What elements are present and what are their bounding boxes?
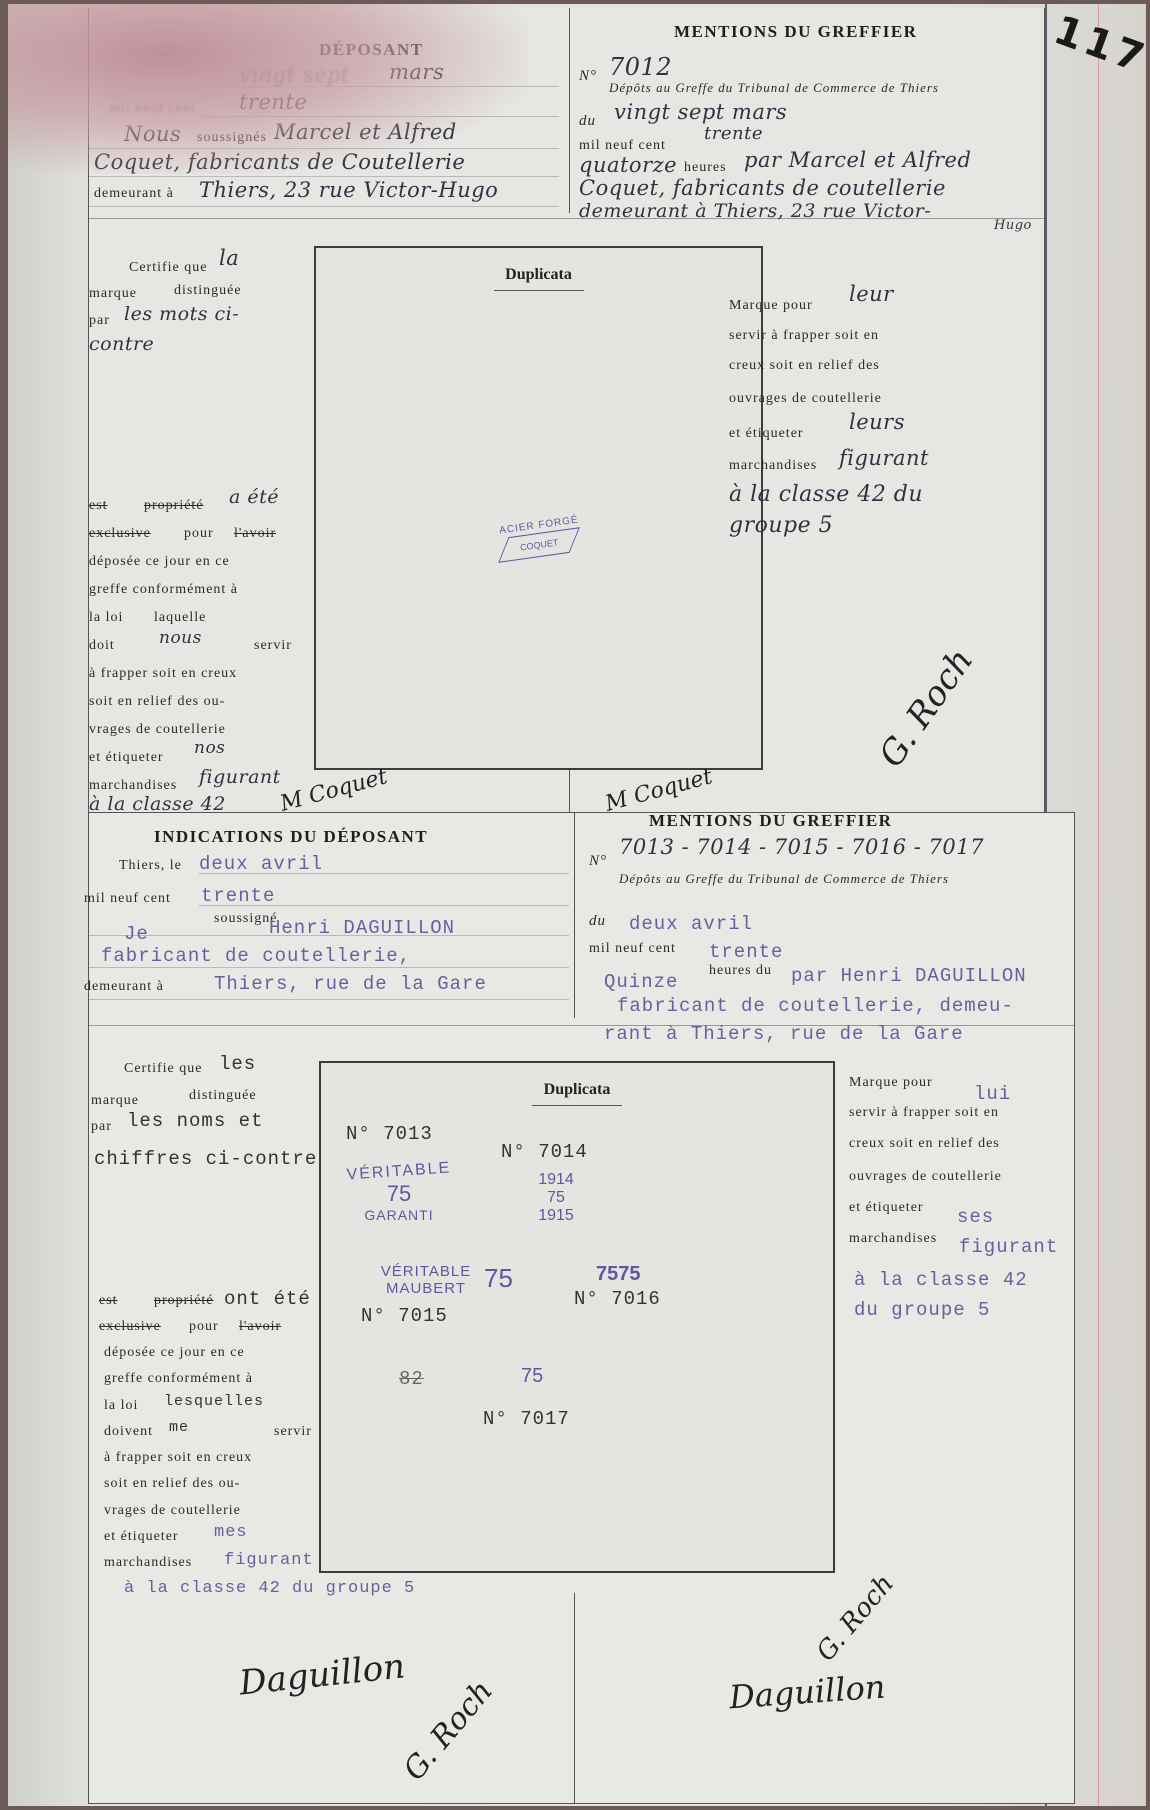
clause-line4: greffe conformément à [89,582,238,598]
marque-pour-line7: à la classe 42 du [729,482,923,507]
place-label: Thiers, le [119,858,182,874]
date-value: deux avril [199,853,323,875]
clause-line6-label: doit [89,638,115,654]
clause-est-struck: est [89,498,108,514]
clause-line6-value: nous [159,628,202,648]
clause-avoir-struck: l'avoir [234,526,276,542]
clause-line5-label: la loi [104,1398,138,1414]
clerk-no-label: N° [579,68,597,85]
clause-line5-value: laquelle [154,610,206,626]
clerk-year-value: trente [704,123,763,144]
clerk-header: MENTIONS DU GREFFIER [649,811,892,831]
ruled-line [89,148,559,149]
certifie-value: les [219,1053,256,1075]
mark-7014-line1: 1914 [511,1171,601,1189]
soussigne-label: soussigné [214,911,277,927]
clause-avoir-struck: l'avoir [239,1319,281,1335]
marque-label: marque [91,1093,139,1109]
clerk-line3: rant à Thiers, rue de la Gare [604,1023,964,1045]
mark-7015-line1: VÉRITABLE [366,1263,486,1280]
marque-pour-line5-label: et étiqueter [849,1200,924,1216]
ruled-line [89,176,559,177]
par-value: les noms et [127,1110,263,1132]
marque-pour-value: lui [974,1083,1011,1105]
clerk-heures-label: heures du [709,963,772,979]
marque-pour-line6-value: figurant [839,446,929,470]
par-value-line2: chiffres ci-contre [94,1148,317,1170]
clause-propriete-struck: propriété [154,1293,214,1309]
demeurant-label: demeurant à [94,186,174,202]
marque-pour-line4: ouvrages de coutellerie [849,1169,1002,1185]
clause-line11-value: figurant [199,766,281,788]
clause-line10-value: mes [214,1523,248,1542]
lower-deposit-form: INDICATIONS DU DÉPOSANT Thiers, le deux … [88,812,1075,1804]
mark-7016-stamp: 7575 [596,1263,641,1286]
column-divider [574,1593,575,1803]
mark-7015-number: N° 7015 [361,1305,448,1327]
clause-line12: à la classe 42 du groupe 5 [124,1579,415,1598]
depositor-signature-left: Daguillon [237,1646,406,1703]
clause-line5-value: lesquelles [164,1393,264,1410]
clause-line9: vrages de coutellerie [104,1503,241,1519]
marque-pour-line4: ouvrages de coutellerie [729,391,882,407]
par-value-line2: contre [89,333,154,355]
mark-7015-stamp: VÉRITABLE MAUBERT [366,1263,486,1297]
depositor-header: INDICATIONS DU DÉPOSANT [154,827,428,847]
ruled-line [89,967,569,968]
clause-line7: à frapper soit en creux [89,666,237,682]
marque-pour-line8: du groupe 5 [854,1299,990,1321]
clerk-par-value: par Henri DAGUILLON [791,965,1027,987]
clause-line10-label: et étiqueter [104,1529,179,1545]
margin-rule-red [1098,4,1099,1806]
depositor-header: DÉPOSANT [319,40,424,60]
clerk-no-value: 7013 - 7014 - 7015 - 7016 - 7017 [619,835,984,859]
clerk-no-value: 7012 [609,53,672,81]
clause-est-struck: est [99,1293,118,1309]
clause-line8: soit en relief des ou- [89,694,225,710]
clerk-no-label: N° [589,853,607,870]
mark-7014-line3: 1915 [511,1207,601,1225]
marque-pour-line3: creux soit en relief des [729,358,880,374]
year-value: trente [201,885,275,907]
marque-pour-line5-label: et étiqueter [729,426,804,442]
clause-line11-label: marchandises [104,1555,192,1571]
clause-line6-end: servir [254,638,292,654]
marque-pour-line2: servir à frapper soit en [729,328,879,344]
clerk-du-label: du [579,113,596,130]
clause-line11-label: marchandises [89,778,177,794]
clause-line10-value: nos [194,738,225,758]
mark-7015-75: 75 [484,1263,513,1294]
marque-pour-line7: à la classe 42 [854,1269,1028,1291]
folio-number: 117 [1048,7,1150,83]
clerk-hour-value: quatorze [579,153,677,177]
depositor-signature-right: Daguillon [728,1668,887,1717]
clerk-du-label: du [589,913,606,930]
date-day-blurred: vingt sept [239,63,350,87]
mark-7014-stamp: 1914 75 1915 [511,1171,601,1225]
depositor-profession: fabricant de coutellerie, [101,945,411,967]
marque-pour-line6-value: figurant [959,1236,1058,1258]
clause-line9: vrages de coutellerie [89,722,226,738]
distinguee-label: distinguée [174,283,242,299]
mark-7017-struck: 82 [399,1368,424,1390]
depositor-signature-left: M Coquet [278,764,390,817]
year-label: mil neuf cent [84,891,171,907]
clause-line5-label: la loi [89,610,123,626]
mark-7013-number: N° 7013 [346,1123,433,1145]
clause-propriete-struck: propriété [144,498,204,514]
ruled-line [89,999,569,1000]
marque-pour-line8: groupe 5 [729,513,833,538]
mark-7014-number: N° 7014 [501,1141,588,1163]
marque-pour-line2: servir à frapper soit en [849,1105,999,1121]
date-month: mars [389,60,444,84]
clerk-signature-left: G. Roch [397,1674,500,1787]
clause-line7: à frapper soit en creux [104,1450,252,1466]
clerk-line2: fabricant de coutellerie, demeu- [617,995,1014,1017]
depositor-names-line2: Coquet, fabricants de Coutellerie [94,150,465,174]
depositor-address: Thiers, 23 rue Victor-Hugo [199,178,498,202]
certifie-value: la [219,246,239,270]
duplicata-underline [494,290,584,291]
certifie-label: Certifie que [124,1061,202,1077]
clerk-du-value: deux avril [629,913,753,935]
clerk-du-value: vingt sept mars [614,100,787,124]
year-value: trente [239,90,307,114]
clause-pour: pour [184,526,214,542]
clause-line11-value: figurant [224,1551,314,1570]
mark-7017-number: N° 7017 [483,1408,570,1430]
column-divider [569,8,570,213]
upper-deposit-form: DÉPOSANT vingt sept mars mil neuf cent t… [88,8,1045,821]
marque-pour-value: leur [849,282,894,306]
clause-line6-label: doivent [104,1424,153,1440]
par-label: par [91,1119,112,1135]
clause-pour: pour [189,1319,219,1335]
marque-pour-line3: creux soit en relief des [849,1136,1000,1152]
clerk-depots-line: Dépôts au Greffe du Tribunal de Commerce… [609,80,939,96]
mark-7017-stamp: 75 [521,1365,543,1388]
clerk-header: MENTIONS DU GREFFIER [674,22,917,42]
clerk-line3-end: Hugo [994,218,1032,233]
depositor-address: Thiers, rue de la Gare [214,973,487,995]
clause-handwritten: a été [229,486,279,508]
par-label: par [89,313,110,329]
duplicata-title: Duplicata [316,266,761,284]
certifie-label: Certifie que [129,260,207,276]
clause-line6-end: servir [274,1424,312,1440]
maker-mark-stamp: ACIER FORGÉ COQUET [494,520,584,557]
depositor-signature-right: M Coquet [603,764,715,817]
maker-mark-bottom: COQUET [518,531,559,558]
clerk-line2: Coquet, fabricants de coutellerie [579,176,946,200]
mark-7016-number: N° 7016 [574,1288,661,1310]
marque-pour-line5-value: leurs [849,410,905,434]
mark-7014-line2: 75 [511,1189,601,1207]
column-divider [574,813,575,1018]
mark-7013-stamp: VÉRITABLE 75 GARANTI [339,1163,459,1223]
clause-exclusive-struck: exclusive [89,526,151,542]
clerk-year-value: trente [709,941,783,963]
clerk-year-label: mil neuf cent [579,138,666,154]
clause-line3: déposée ce jour en ce [104,1345,245,1361]
soussigne-label: soussignés [197,130,267,146]
mark-7013-line2: 75 [339,1181,459,1207]
clerk-depots-line: Dépôts au Greffe du Tribunal de Commerce… [619,871,949,887]
register-page: 117 DÉPOSANT vingt sept mars mil neuf ce… [8,4,1146,1806]
duplicata-title: Duplicata [321,1081,833,1099]
marque-pour-line6-label: marchandises [849,1231,937,1247]
marque-pour-line6-label: marchandises [729,458,817,474]
clerk-line3: demeurant à Thiers, 23 rue Victor- [579,200,931,222]
clause-typed: ont été [224,1288,311,1310]
ruled-line [89,206,559,207]
clause-line4: greffe conformément à [104,1371,253,1387]
clause-line3: déposée ce jour en ce [89,554,230,570]
marque-pour-line5-value: ses [957,1206,994,1228]
mark-7015-line2: MAUBERT [366,1280,486,1297]
year-label: mil neuf cent [109,101,196,117]
clause-exclusive-struck: exclusive [99,1319,161,1335]
depositor-names: Marcel et Alfred [274,120,457,144]
clause-line8: soit en relief des ou- [104,1476,240,1492]
clerk-par-value: par Marcel et Alfred [744,148,971,172]
distinguee-label: distinguée [189,1088,257,1104]
clerk-signature-right: G. Roch [811,1569,900,1667]
ruled-line [199,116,559,117]
par-value: les mots ci- [124,303,239,325]
marque-pour-label: Marque pour [849,1075,933,1091]
marque-label: marque [89,286,137,302]
clause-line10-label: et étiqueter [89,750,164,766]
clerk-year-label: mil neuf cent [589,941,676,957]
depositor-name: Henri DAGUILLON [269,917,455,939]
duplicata-box: Duplicata N° 7013 VÉRITABLE 75 GARANTI N… [319,1061,835,1573]
clause-line6-value: me [169,1419,189,1436]
clerk-heures-label: heures [684,160,727,176]
mark-7013-line3: GARANTI [339,1207,459,1223]
clerk-hour-value: Quinze [604,971,678,993]
marque-pour-label: Marque pour [729,298,813,314]
duplicata-box: Duplicata ACIER FORGÉ COQUET [314,246,763,770]
demeurant-label: demeurant à [84,979,164,995]
subject-pronoun: Nous [124,122,181,146]
duplicata-underline [532,1105,622,1106]
clerk-signature: G. Roch [871,641,981,774]
subject-pronoun: Je [124,923,149,945]
